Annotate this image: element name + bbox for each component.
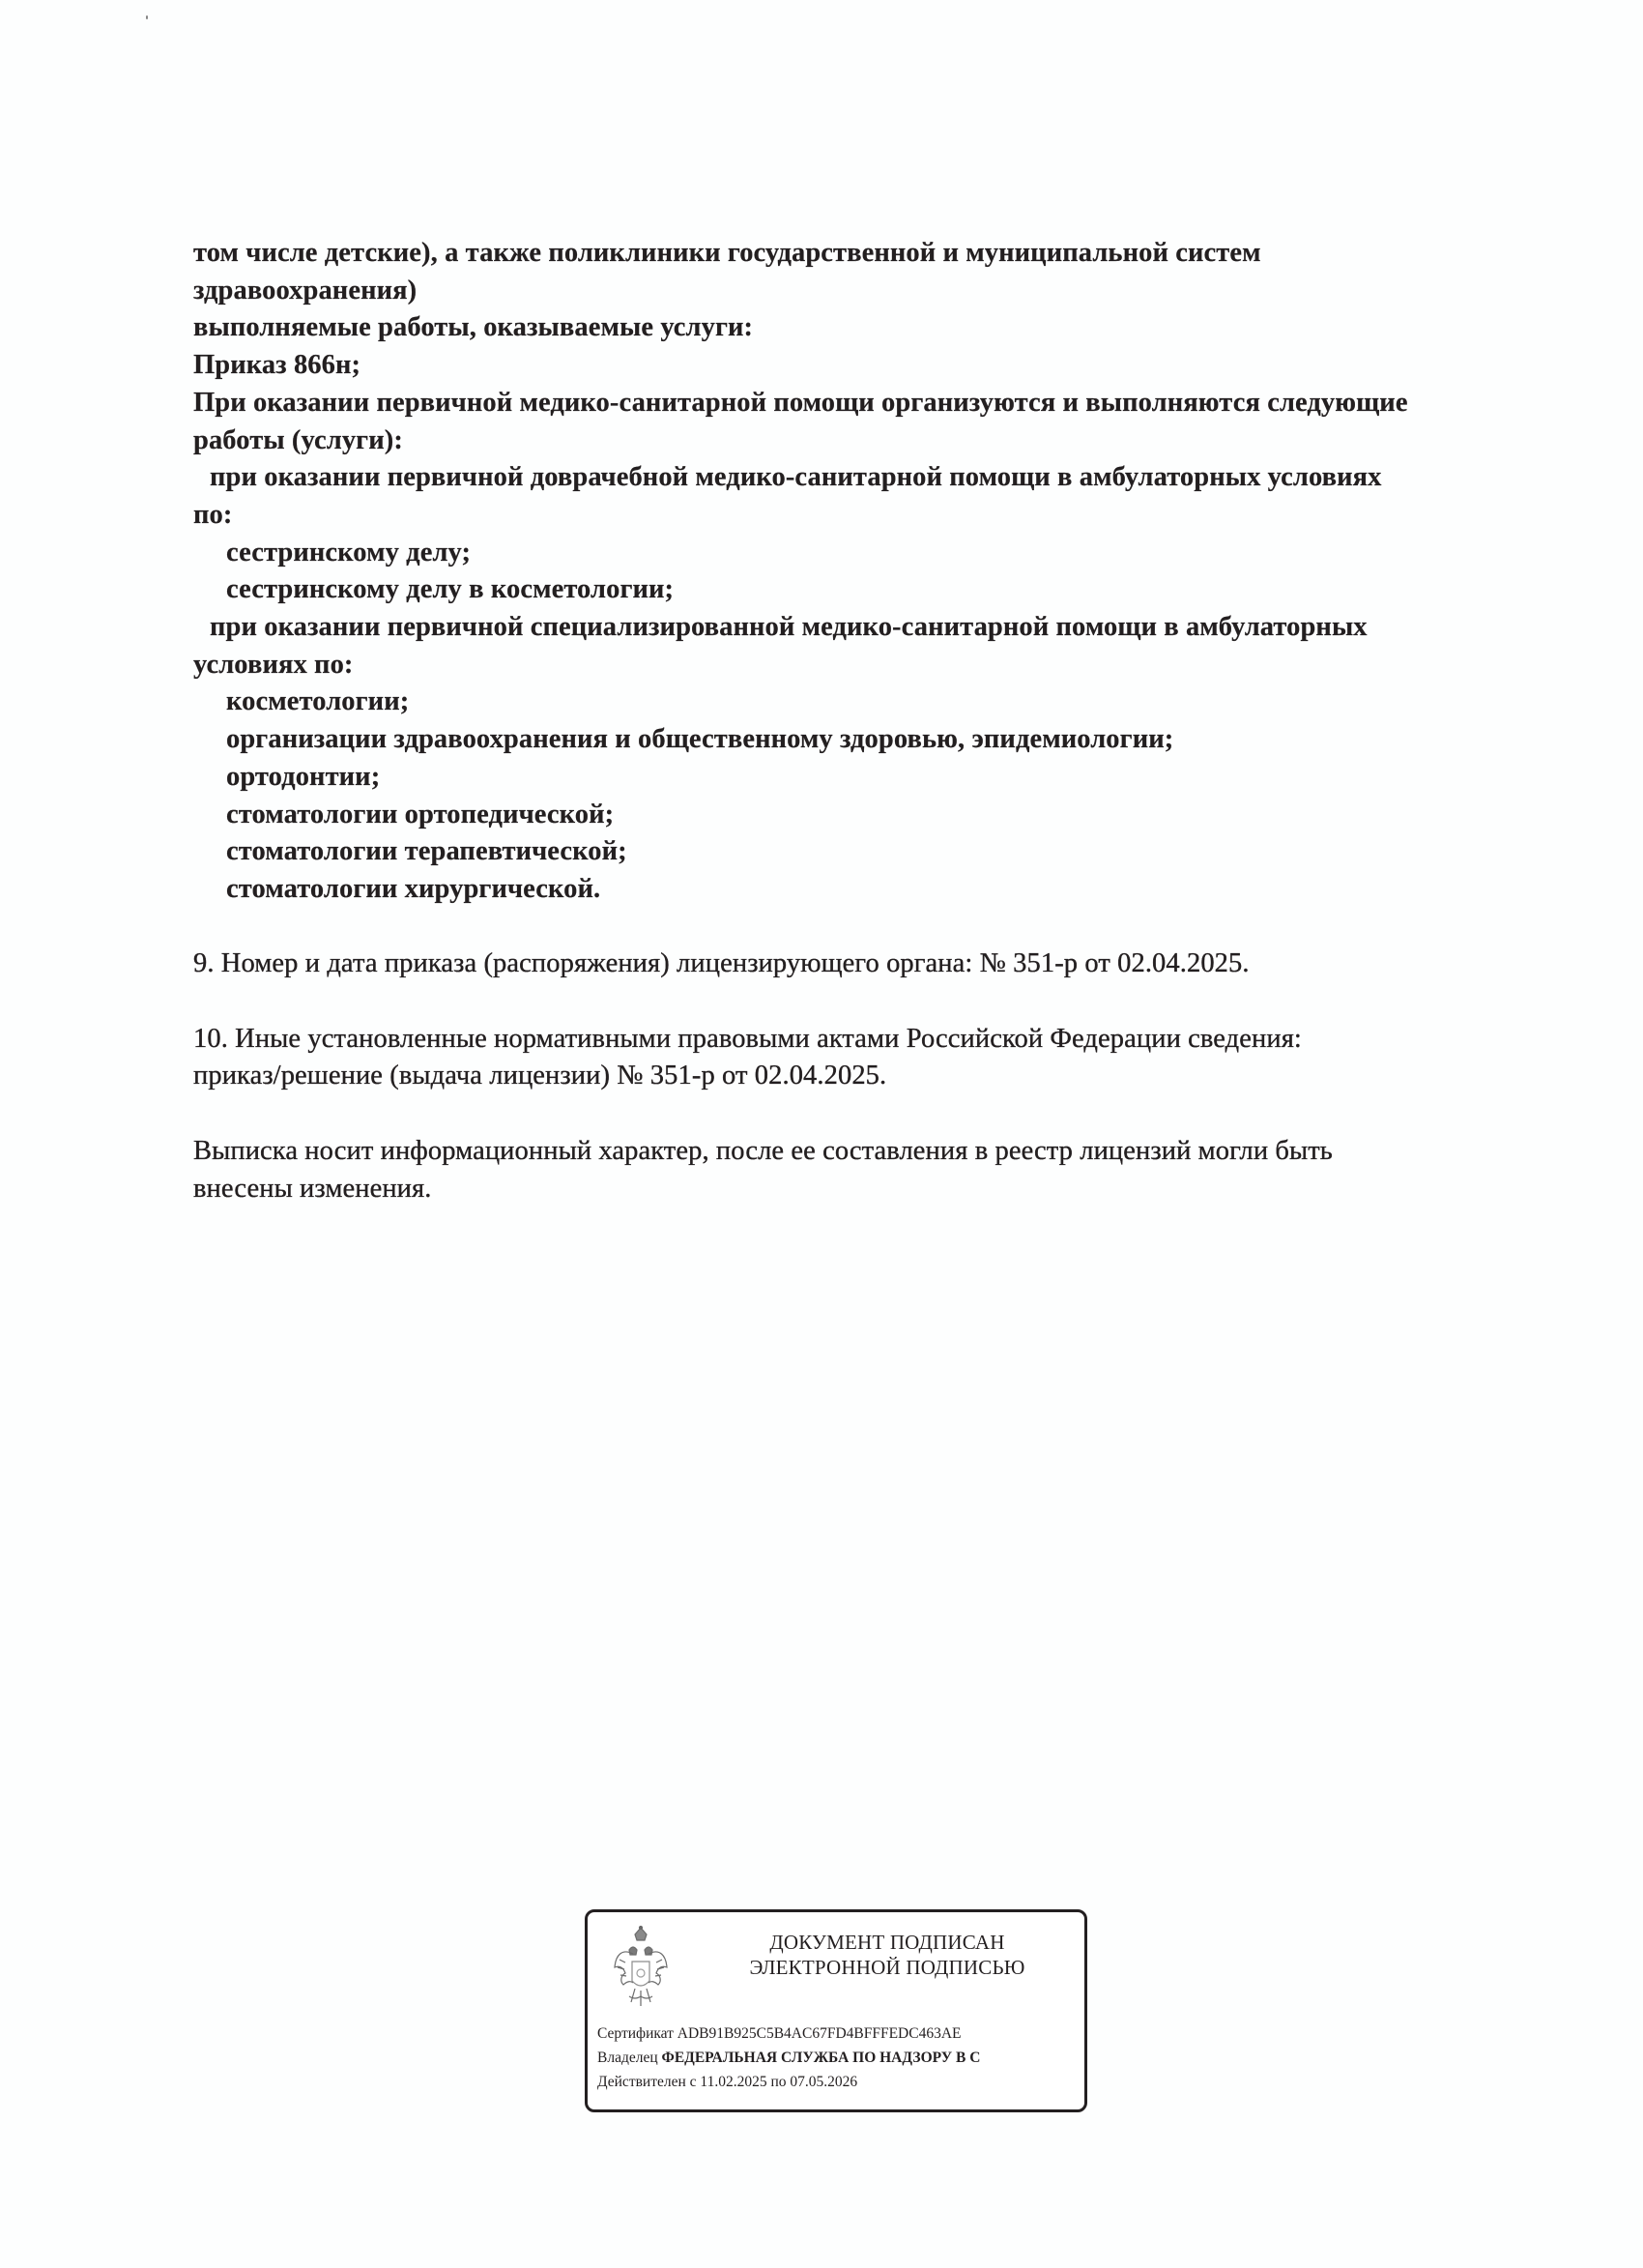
text-line: 10. Иные установленные нормативными прав… <box>193 1021 1488 1059</box>
electronic-signature-stamp: ДОКУМЕНТ ПОДПИСАН ЭЛЕКТРОННОЙ ПОДПИСЬЮ С… <box>585 1909 1087 2112</box>
disclaimer: Выписка носит информационный характер, п… <box>193 1133 1488 1207</box>
owner-label: Владелец <box>597 2050 658 2066</box>
text-line: Выписка носит информационный характер, п… <box>193 1133 1488 1171</box>
text-line: при оказании первичной доврачебной медик… <box>193 459 1488 497</box>
service-item: косметологии; <box>193 683 1488 721</box>
stamp-title: ДОКУМЕНТ ПОДПИСАН ЭЛЕКТРОННОЙ ПОДПИСЬЮ <box>723 1930 1052 1980</box>
stamp-certificate-info: Сертификат ADB91B925C5B4AC67FD4BFFFEDC46… <box>597 2021 980 2094</box>
service-item: ортодонтии; <box>193 759 1488 797</box>
scan-speck <box>146 15 148 19</box>
service-item: сестринскому делу в косметологии; <box>193 571 1488 609</box>
text-line: условиях по: <box>193 647 1488 684</box>
service-item: стоматологии хирургической. <box>193 871 1488 909</box>
stamp-title-line: ДОКУМЕНТ ПОДПИСАН <box>723 1930 1052 1955</box>
certificate-line: Сертификат ADB91B925C5B4AC67FD4BFFFEDC46… <box>597 2021 980 2046</box>
text-line: здравоохранения) <box>193 273 1488 310</box>
service-item: организации здравоохранения и общественн… <box>193 721 1488 759</box>
document-body: том числе детские), а также поликлиники … <box>193 235 1488 1207</box>
text-line: Приказ 866н; <box>193 347 1488 385</box>
services-list-block: том числе детские), а также поликлиники … <box>193 235 1488 909</box>
text-line: том числе детские), а также поликлиники … <box>193 235 1488 273</box>
section-9-order-number: 9. Номер и дата приказа (распоряжения) л… <box>193 945 1488 983</box>
text-line: приказ/решение (выдача лицензии) № 351-р… <box>193 1058 1488 1095</box>
section-10-other-info: 10. Иные установленные нормативными прав… <box>193 1021 1488 1095</box>
service-item: стоматологии ортопедической; <box>193 797 1488 834</box>
service-item: сестринскому делу; <box>193 535 1488 572</box>
text-line: При оказании первичной медико-санитарной… <box>193 385 1488 422</box>
text-line: выполняемые работы, оказываемые услуги: <box>193 309 1488 347</box>
stamp-title-line: ЭЛЕКТРОННОЙ ПОДПИСЬЮ <box>723 1955 1052 1980</box>
text-line: внесены изменения. <box>193 1171 1488 1208</box>
text-line: по: <box>193 497 1488 535</box>
service-item: стоматологии терапевтической; <box>193 833 1488 871</box>
text-line: работы (услуги): <box>193 422 1488 460</box>
double-headed-eagle-emblem-icon <box>612 1925 670 2014</box>
text-line: 9. Номер и дата приказа (распоряжения) л… <box>193 945 1488 983</box>
owner-line: Владелец ФЕДЕРАЛЬНАЯ СЛУЖБА ПО НАДЗОРУ В… <box>597 2046 980 2070</box>
certificate-label: Сертификат <box>597 2025 674 2042</box>
owner-value: ФЕДЕРАЛЬНАЯ СЛУЖБА ПО НАДЗОРУ В С <box>662 2050 981 2066</box>
certificate-value: ADB91B925C5B4AC67FD4BFFFEDC463AE <box>677 2025 962 2042</box>
text-line: при оказании первичной специализированно… <box>193 609 1488 647</box>
validity-line: Действителен с 11.02.2025 по 07.05.2026 <box>597 2070 980 2094</box>
